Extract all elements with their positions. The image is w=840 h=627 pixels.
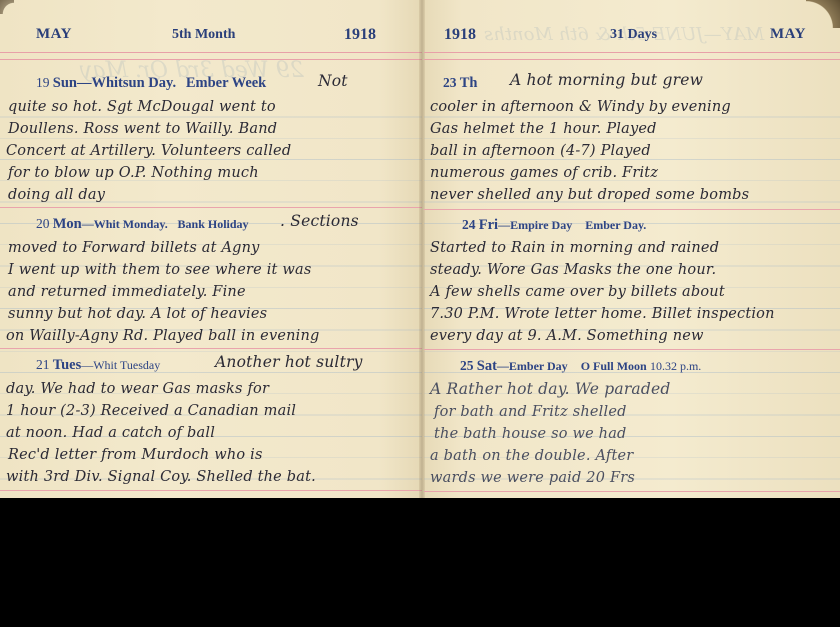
entry-heading-25: 25 Sat—Ember Day O Full Moon 10.32 p.m. xyxy=(460,358,701,375)
entry-divider xyxy=(424,491,840,492)
entry-19-line: Concert at Artillery. Volunteers called xyxy=(6,143,291,159)
entry-heading-24: 24 Fri—Empire Day Ember Day. xyxy=(462,217,646,234)
entry-24-line: steady. Wore Gas Masks the one hour. xyxy=(430,262,716,278)
entry-20-line: I went up with them to see where it was xyxy=(8,262,311,278)
entry-24-line: every day at 9. A.M. Something new xyxy=(430,328,704,344)
entry-19-line: doing all day xyxy=(8,187,105,203)
entry-25-line: wards we were paid 20 Frs xyxy=(430,470,635,486)
entry-21-line: day. We had to wear Gas masks for xyxy=(6,381,269,397)
entry-23-line: A hot morning but grew xyxy=(510,71,703,89)
page-corner xyxy=(806,0,840,28)
entry-21-line: Another hot sultry xyxy=(215,353,363,371)
entry-20-line: . Sections xyxy=(280,212,359,230)
entry-25-line: the bath house so we had xyxy=(434,426,627,442)
entry-23-line: ball in afternoon (4-7) Played xyxy=(430,143,651,159)
left-page: 29 Wed 3rd Qr. May MAY 5th Month 1918 19… xyxy=(0,0,422,498)
entry-19-line: Not xyxy=(318,72,348,90)
header-days: 31 Days xyxy=(610,27,657,43)
entry-20-line: on Wailly-Agny Rd. Played ball in evenin… xyxy=(6,328,320,344)
entry-23-line: never shelled any but droped some bombs xyxy=(430,187,749,203)
entry-divider xyxy=(0,348,422,349)
entry-21-line: 1 hour (2-3) Received a Canadian mail xyxy=(6,403,296,419)
entry-21-line: at noon. Had a catch of ball xyxy=(6,425,215,441)
entry-heading-20: 20 Mon—Whit Monday. Bank Holiday xyxy=(36,216,249,233)
entry-heading-21: 21 Tues—Whit Tuesday xyxy=(36,357,160,374)
entry-24-line: A few shells came over by billets about xyxy=(430,284,725,300)
header-month: MAY xyxy=(36,26,72,43)
entry-divider xyxy=(0,490,422,491)
entry-19-line: quite so hot. Sgt McDougal went to xyxy=(8,99,276,115)
diary-spread: 29 Wed 3rd Qr. May MAY 5th Month 1918 19… xyxy=(0,0,840,498)
right-page: MAY—JUNE 5th & 6th Months 1918 31 Days M… xyxy=(424,0,840,498)
header-month-number: 5th Month xyxy=(172,27,235,43)
letterbox-bar xyxy=(0,498,840,627)
entry-20-line: and returned immediately. Fine xyxy=(8,284,246,300)
entry-20-line: sunny but hot day. A lot of heavies xyxy=(8,306,267,322)
entry-19-line: for to blow up O.P. Nothing much xyxy=(8,165,259,181)
entry-19-line: Doullens. Ross went to Wailly. Band xyxy=(8,121,277,137)
header-month: MAY xyxy=(770,26,806,43)
entry-heading-19: 19 Sun—Whitsun Day. Ember Week xyxy=(36,75,266,92)
page-corner xyxy=(0,0,14,14)
entry-23-line: Gas helmet the 1 hour. Played xyxy=(430,121,657,137)
entry-24-line: Started to Rain in morning and rained xyxy=(430,240,719,256)
left-page-header: MAY 5th Month 1918 xyxy=(0,26,422,50)
header-rule xyxy=(424,52,840,60)
entry-23-line: cooler in afternoon & Windy by evening xyxy=(430,99,731,115)
entry-25-line: a bath on the double. After xyxy=(430,448,633,464)
full-moon-label: O Full Moon xyxy=(581,359,647,373)
entry-heading-23: 23 Th xyxy=(443,75,478,92)
header-year: 1918 xyxy=(344,26,376,44)
entry-23-line: numerous games of crib. Fritz xyxy=(430,165,658,181)
entry-24-line: 7.30 P.M. Wrote letter home. Billet insp… xyxy=(430,306,775,322)
entry-21-line: with 3rd Div. Signal Coy. Shelled the ba… xyxy=(6,469,316,485)
entry-divider xyxy=(424,349,840,350)
entry-20-line: moved to Forward billets at Agny xyxy=(8,240,260,256)
entry-divider xyxy=(424,209,840,210)
right-page-header: 1918 31 Days MAY xyxy=(424,26,840,50)
header-year: 1918 xyxy=(444,26,476,44)
entry-25-line: for bath and Fritz shelled xyxy=(434,404,627,420)
header-rule xyxy=(0,52,422,60)
entry-divider xyxy=(0,207,422,208)
entry-21-line: Rec'd letter from Murdoch who is xyxy=(8,447,263,463)
entry-25-line: A Rather hot day. We paraded xyxy=(430,380,671,398)
